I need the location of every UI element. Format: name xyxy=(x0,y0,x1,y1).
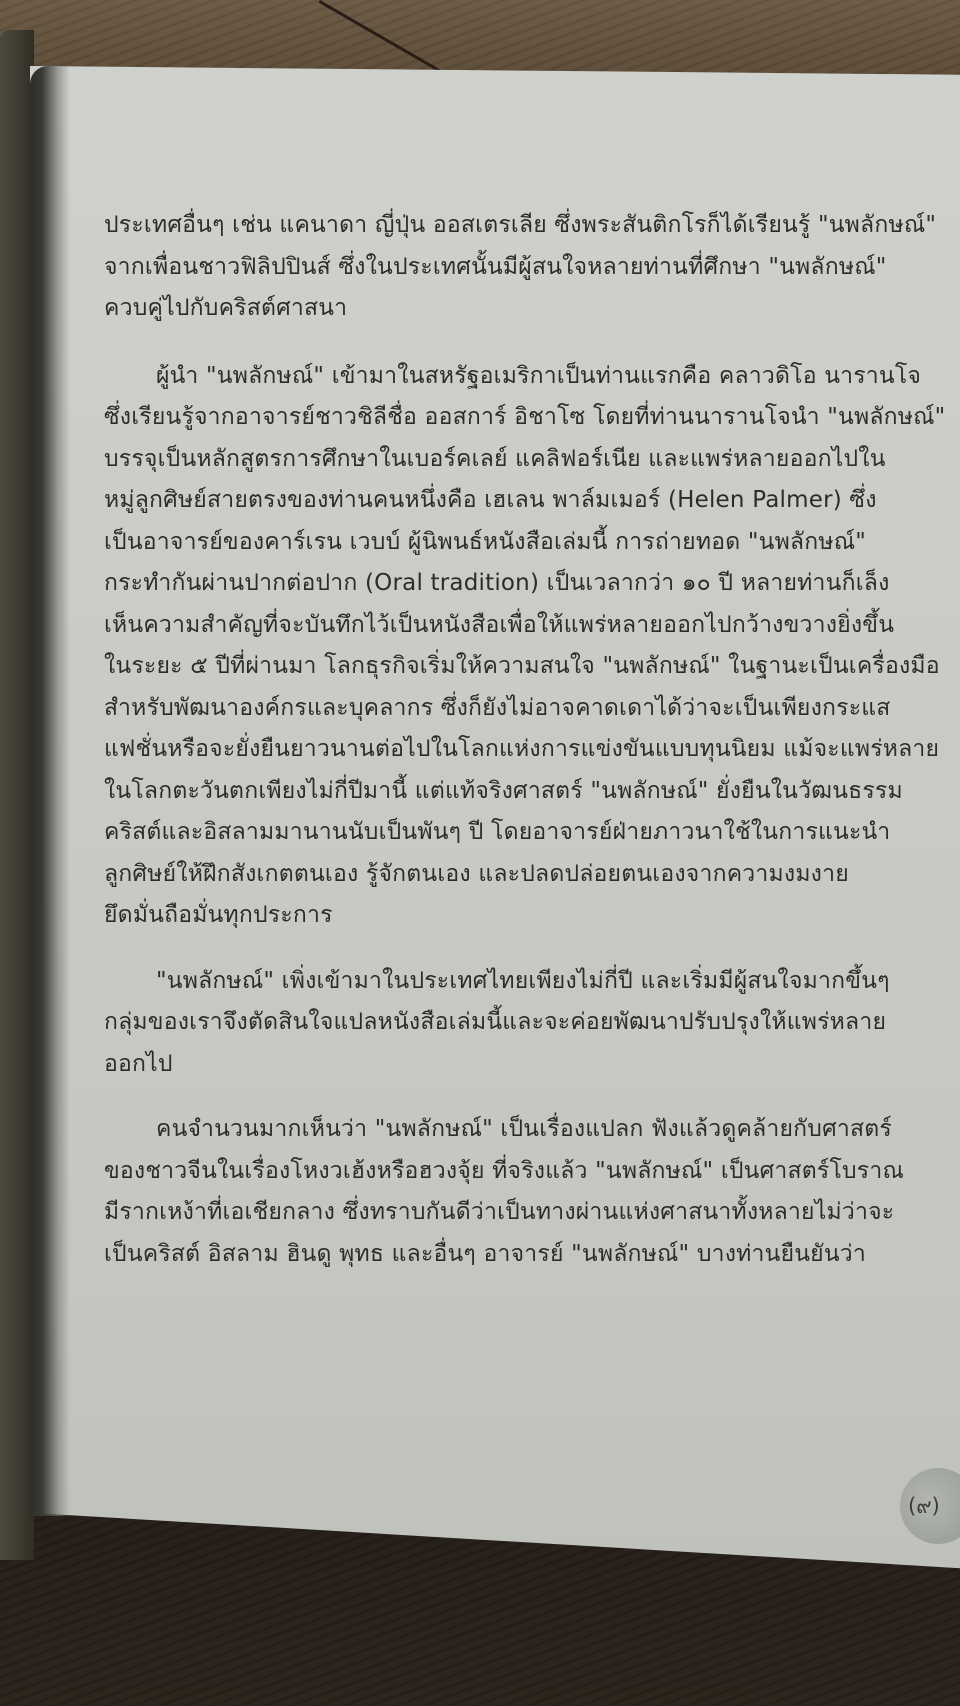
text-line: คริสต์และอิสลามมานานนับเป็นพันๆ ปี โดยอา… xyxy=(104,812,842,854)
text-line: "นพลักษณ์" เพิ่งเข้ามาในประเทศไทยเพียงไม… xyxy=(104,961,842,1003)
text-line: แฟชั่นหรือจะยั่งยืนยาวนานต่อไปในโลกแห่งก… xyxy=(104,729,842,771)
text-line: กระทำกันผ่านปากต่อปาก (Oral tradition) เ… xyxy=(104,563,842,605)
text-line: ประเทศอื่นๆ เช่น แคนาดา ญี่ปุ่น ออสเตรเล… xyxy=(104,205,842,247)
page-gutter-shadow xyxy=(30,66,70,1516)
text-line: กลุ่มของเราจึงตัดสินใจแปลหนังสือเล่มนี้แ… xyxy=(104,1002,842,1044)
text-line: จากเพื่อนชาวฟิลิปปินส์ ซึ่งในประเทศนั้นม… xyxy=(104,247,842,289)
paragraph-3: "นพลักษณ์" เพิ่งเข้ามาในประเทศไทยเพียงไม… xyxy=(104,961,842,1086)
paragraph-4: คนจำนวนมากเห็นว่า "นพลักษณ์" เป็นเรื่องแ… xyxy=(104,1109,842,1275)
text-line: บรรจุเป็นหลักสูตรการศึกษาในเบอร์คเลย์ แค… xyxy=(104,439,842,481)
text-line: เห็นความสำคัญที่จะบันทึกไว้เป็นหนังสือเพ… xyxy=(104,605,842,647)
text-line: สำหรับพัฒนาองค์กรและบุคลากร ซึ่งก็ยังไม่… xyxy=(104,688,842,730)
text-line: เป็นคริสต์ อิสลาม ฮินดู พุทธ และอื่นๆ อา… xyxy=(104,1234,842,1276)
text-line: ของชาวจีนในเรื่องโหงวเฮ้งหรือฮวงจุ้ย ที่… xyxy=(104,1151,842,1193)
page-body-text: ประเทศอื่นๆ เช่น แคนาดา ญี่ปุ่น ออสเตรเล… xyxy=(104,205,842,1299)
text-line: ออกไป xyxy=(104,1044,842,1086)
text-line: ผู้นำ "นพลักษณ์" เข้ามาในสหรัฐอเมริกาเป็… xyxy=(104,356,842,398)
text-line: ยึดมั่นถือมั่นทุกประการ xyxy=(104,895,842,937)
paragraph-1: ประเทศอื่นๆ เช่น แคนาดา ญี่ปุ่น ออสเตรเล… xyxy=(104,205,842,330)
text-line: ควบคู่ไปกับคริสต์ศาสนา xyxy=(104,288,842,330)
text-line: หมู่ลูกศิษย์สายตรงของท่านคนหนึ่งคือ เฮเล… xyxy=(104,480,842,522)
text-line: คนจำนวนมากเห็นว่า "นพลักษณ์" เป็นเรื่องแ… xyxy=(104,1109,842,1151)
text-line: ลูกศิษย์ให้ฝึกสังเกตตนเอง รู้จักตนเอง แล… xyxy=(104,854,842,896)
paragraph-2: ผู้นำ "นพลักษณ์" เข้ามาในสหรัฐอเมริกาเป็… xyxy=(104,356,842,937)
text-line: ในโลกตะวันตกเพียงไม่กี่ปีมานี้ แต่แท้จริ… xyxy=(104,771,842,813)
text-line: มีรากเหง้าที่เอเชียกลาง ซึ่งทราบกันดีว่า… xyxy=(104,1192,842,1234)
book-spine-edge xyxy=(0,30,34,1560)
text-line: ในระยะ ๕ ปีที่ผ่านมา โลกธุรกิจเริ่มให้คว… xyxy=(104,646,842,688)
text-line: เป็นอาจารย์ของคาร์เรน เวบบ์ ผู้นิพนธ์หนั… xyxy=(104,522,842,564)
text-line: ซึ่งเรียนรู้จากอาจารย์ชาวชิลีชื่อ ออสการ… xyxy=(104,397,842,439)
